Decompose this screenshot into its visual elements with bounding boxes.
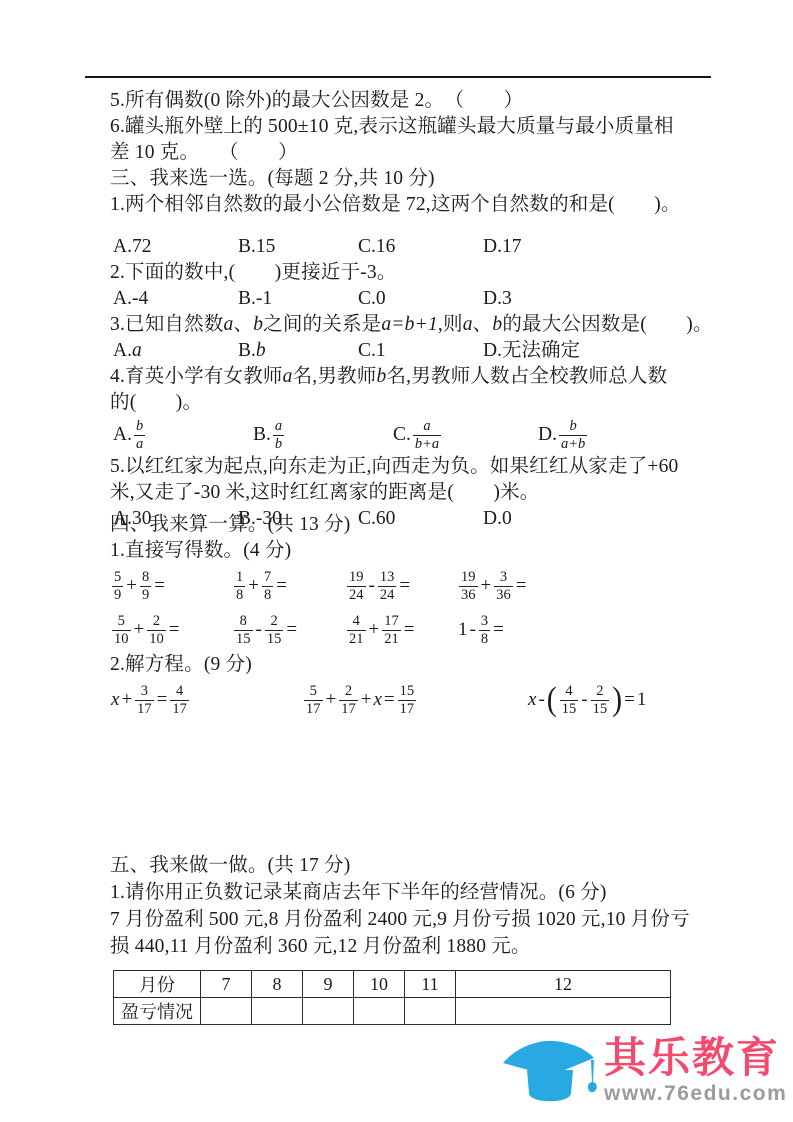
- calc-expressions-row2: 510+210=815-215=421+1721=1-38=: [110, 608, 716, 652]
- fraction: 210: [147, 613, 166, 647]
- fraction: 815: [234, 613, 253, 647]
- calc-subtitle-2: 2.解方程。(9 分): [110, 652, 716, 678]
- table-header-cell: 9: [303, 971, 354, 998]
- choice-option: C.1: [358, 338, 483, 364]
- fraction: 38: [479, 613, 490, 647]
- fraction: 18: [234, 569, 245, 603]
- graduation-cap-icon: [498, 1030, 598, 1112]
- table-empty-cell: [252, 998, 303, 1025]
- fraction: ab: [273, 418, 284, 452]
- choose-q3-options: A.aB.bC.1D.无法确定: [110, 338, 716, 364]
- choice-option: C.16: [358, 234, 483, 260]
- fraction: 78: [262, 569, 273, 603]
- table-empty-cell: [303, 998, 354, 1025]
- table-header-cell: 8: [252, 971, 303, 998]
- section-word-problems: 五、我来做一做。(共 17 分) 1.请你用正负数记录某商店去年下半年的经营情况…: [110, 852, 716, 1025]
- math-expression: x-(415-215)=1: [527, 683, 716, 717]
- section4-title: 四、我来算一算。(共 13 分): [110, 512, 716, 538]
- fraction: 59: [112, 569, 123, 603]
- choice-option: B.ab: [253, 416, 393, 454]
- choice-option: C.ab+a: [393, 416, 538, 454]
- calc-subtitle-1: 1.直接写得数。(4 分): [110, 538, 716, 564]
- fraction: ba+b: [559, 418, 587, 452]
- logo-website: www.76edu.com: [604, 1082, 787, 1106]
- solve-body-line1: 7 月份盈利 500 元,8 月份盈利 2400 元,9 月份亏损 1020 元…: [110, 906, 716, 933]
- choice-option: D.无法确定: [483, 338, 716, 364]
- fraction: 417: [170, 683, 189, 717]
- choice-option: D.17: [483, 234, 716, 260]
- table-header-cell: 7: [201, 971, 252, 998]
- section5-title: 五、我来做一做。(共 17 分): [110, 852, 716, 879]
- fraction: 415: [560, 683, 579, 717]
- choose-q4-options: A.baB.abC.ab+aD.ba+b: [110, 416, 716, 454]
- math-expression: 1924-1324=: [345, 569, 457, 603]
- table-empty-cell: [405, 998, 456, 1025]
- table-empty-cell: [456, 998, 671, 1025]
- fraction: 1721: [382, 613, 401, 647]
- section3-title: 三、我来选一选。(每题 2 分,共 10 分): [110, 166, 716, 192]
- fraction: 215: [591, 683, 610, 717]
- worksheet-page: 5.所有偶数(0 除外)的最大公因数是 2。 （ ） 6.罐头瓶外壁上的 500…: [0, 0, 793, 1122]
- fraction: 215: [265, 613, 284, 647]
- math-expression: 815-215=: [232, 613, 345, 647]
- choose-q5-text-line2: 米,又走了-30 米,这时红红离家的距离是( )米。: [110, 480, 716, 506]
- math-expression: 1936+336=: [457, 569, 716, 603]
- choice-option: A.ba: [113, 416, 253, 454]
- choice-option: C.0: [358, 286, 483, 312]
- table-empty-cell: [201, 998, 252, 1025]
- math-expression: 510+210=: [110, 613, 232, 647]
- math-expression: 18+78=: [232, 569, 345, 603]
- fraction: 317: [135, 683, 154, 717]
- choose-q2-options: A.-4B.-1C.0D.3: [110, 286, 716, 312]
- header-rule: [85, 76, 711, 78]
- fraction: 421: [347, 613, 366, 647]
- choice-option: A.-4: [113, 286, 238, 312]
- judge-question-5: 5.所有偶数(0 除外)的最大公因数是 2。 （ ）: [110, 88, 716, 114]
- choose-q4-text-line2: 的( )。: [110, 390, 716, 416]
- table-header-cell: 12: [456, 971, 671, 998]
- fraction: 217: [339, 683, 358, 717]
- spacer: [110, 218, 716, 234]
- fraction: 517: [304, 683, 323, 717]
- fraction: ba: [134, 418, 145, 452]
- section-calculation: 四、我来算一算。(共 13 分) 1.直接写得数。(4 分) 59+89=18+…: [110, 512, 716, 722]
- choice-option: D.ba+b: [538, 416, 716, 454]
- fraction: 510: [112, 613, 131, 647]
- choice-option: B.b: [238, 338, 358, 364]
- table-value-row: 盈亏情况: [114, 998, 671, 1025]
- equation-row: x+317=417517+217+x=1517x-(415-215)=1: [110, 678, 716, 722]
- fraction: 89: [140, 569, 151, 603]
- math-expression: 517+217+x=1517: [302, 683, 527, 717]
- math-expression: x+317=417: [110, 683, 302, 717]
- logo-text-block: 其乐教育 www.76edu.com: [604, 1036, 787, 1105]
- publisher-logo: 其乐教育 www.76edu.com: [498, 1030, 787, 1112]
- fraction: ab+a: [413, 418, 441, 452]
- table-row-label: 盈亏情况: [114, 998, 201, 1025]
- math-expression: 421+1721=: [345, 613, 457, 647]
- fraction: 1324: [378, 569, 397, 603]
- choose-q4-text-line1: 4.育英小学有女教师a名,男教师b名,男教师人数占全校教师总人数: [110, 364, 716, 390]
- section-judge-and-choose: 5.所有偶数(0 除外)的最大公因数是 2。 （ ） 6.罐头瓶外壁上的 500…: [110, 88, 716, 532]
- table-header-cell: 10: [354, 971, 405, 998]
- fraction: 1936: [459, 569, 478, 603]
- choice-option: A.72: [113, 234, 238, 260]
- choose-q1-options: A.72B.15C.16D.17: [110, 234, 716, 260]
- choose-q1-text: 1.两个相邻自然数的最小公倍数是 72,这两个自然数的和是( )。: [110, 192, 716, 218]
- fraction: 336: [494, 569, 513, 603]
- table-header-cell: 11: [405, 971, 456, 998]
- solve-body-line2: 损 440,11 月份盈利 360 元,12 月份盈利 1880 元。: [110, 933, 716, 960]
- fraction: 1517: [398, 683, 417, 717]
- choice-option: A.a: [113, 338, 238, 364]
- fraction: 1924: [347, 569, 366, 603]
- math-expression: 59+89=: [110, 569, 232, 603]
- math-expression: 1-38=: [457, 613, 716, 647]
- choose-q3-text: 3.已知自然数a、b之间的关系是a=b+1,则a、b的最大公因数是( )。: [110, 312, 716, 338]
- table-header-row: 月份789101112: [114, 971, 671, 998]
- judge-question-6-line2: 差 10 克。 （ ）: [110, 140, 716, 166]
- choose-q5-text-line1: 5.以红红家为起点,向东走为正,向西走为负。如果红红从家走了+60: [110, 454, 716, 480]
- solve-subtitle: 1.请你用正负数记录某商店去年下半年的经营情况。(6 分): [110, 879, 716, 906]
- choice-option: B.-1: [238, 286, 358, 312]
- logo-name: 其乐教育: [604, 1036, 787, 1080]
- month-profit-table: 月份789101112盈亏情况: [113, 970, 671, 1025]
- choice-option: B.15: [238, 234, 358, 260]
- calc-expressions-row1: 59+89=18+78=1924-1324=1936+336=: [110, 564, 716, 608]
- table-header-cell: 月份: [114, 971, 201, 998]
- choose-q2-text: 2.下面的数中,( )更接近于-3。: [110, 260, 716, 286]
- table-empty-cell: [354, 998, 405, 1025]
- choice-option: D.3: [483, 286, 716, 312]
- judge-question-6-line1: 6.罐头瓶外壁上的 500±10 克,表示这瓶罐头最大质量与最小质量相: [110, 114, 716, 140]
